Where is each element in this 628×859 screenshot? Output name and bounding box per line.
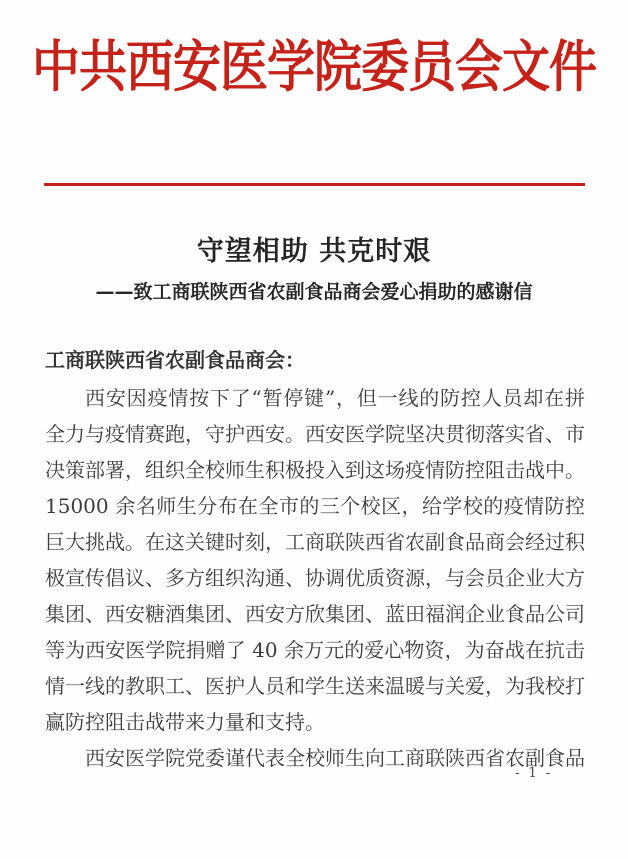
body-line: 全力与疫情赛跑，守护西安。西安医学院坚决贯彻落实省、市: [45, 416, 585, 452]
red-divider-line: [44, 183, 585, 186]
document-subtitle: ——致工商联陕西省农副食品商会爱心捐助的感谢信: [0, 277, 628, 304]
body-line: 等为西安医学院捐赠了 40 余万元的爱心物资，为奋战在抗击疫: [45, 632, 585, 668]
document-title: 守望相助 共克时艰: [0, 229, 628, 268]
body-line: 西安医学院党委谨代表全校师生向工商联陕西省农副食品: [45, 740, 585, 776]
paragraph-1: 西安因疫情按下了“暂停键”，但一线的防控人员却在拼尽全力与疫情赛跑，守护西安。西…: [45, 380, 585, 740]
body-line: 西安因疫情按下了“暂停键”，但一线的防控人员却在拼尽: [45, 380, 585, 416]
page-number: - 1 -: [515, 765, 552, 781]
document-page: 中共西安医学院委员会文件 守望相助 共克时艰 ——致工商联陕西省农副食品商会爱心…: [0, 0, 628, 859]
body-line: 极宣传倡议、多方组织沟通、协调优质资源，与会员企业大方: [45, 560, 585, 596]
document-letterhead-title: 中共西安医学院委员会文件: [0, 22, 628, 102]
body-line: 巨大挑战。在这关键时刻，工商联陕西省农副食品商会经过积: [45, 524, 585, 560]
body-line: 决策部署，组织全校师生积极投入到这场疫情防控阻击战中。: [45, 452, 585, 488]
document-body: 工商联陕西省农副食品商会： 西安因疫情按下了“暂停键”，但一线的防控人员却在拼尽…: [45, 340, 585, 776]
paragraph-2: 西安医学院党委谨代表全校师生向工商联陕西省农副食品: [45, 740, 585, 776]
body-line: 集团、西安糖酒集团、西安方欣集团、蓝田福润企业食品公司: [45, 596, 585, 632]
salutation: 工商联陕西省农副食品商会：: [45, 340, 585, 380]
body-line: 赢防控阻击战带来力量和支持。: [45, 704, 585, 740]
body-line: 15000 余名师生分布在全市的三个校区，给学校的疫情防控带来: [45, 488, 585, 524]
body-line: 情一线的教职工、医护人员和学生送来温暖与关爱，为我校打: [45, 668, 585, 704]
